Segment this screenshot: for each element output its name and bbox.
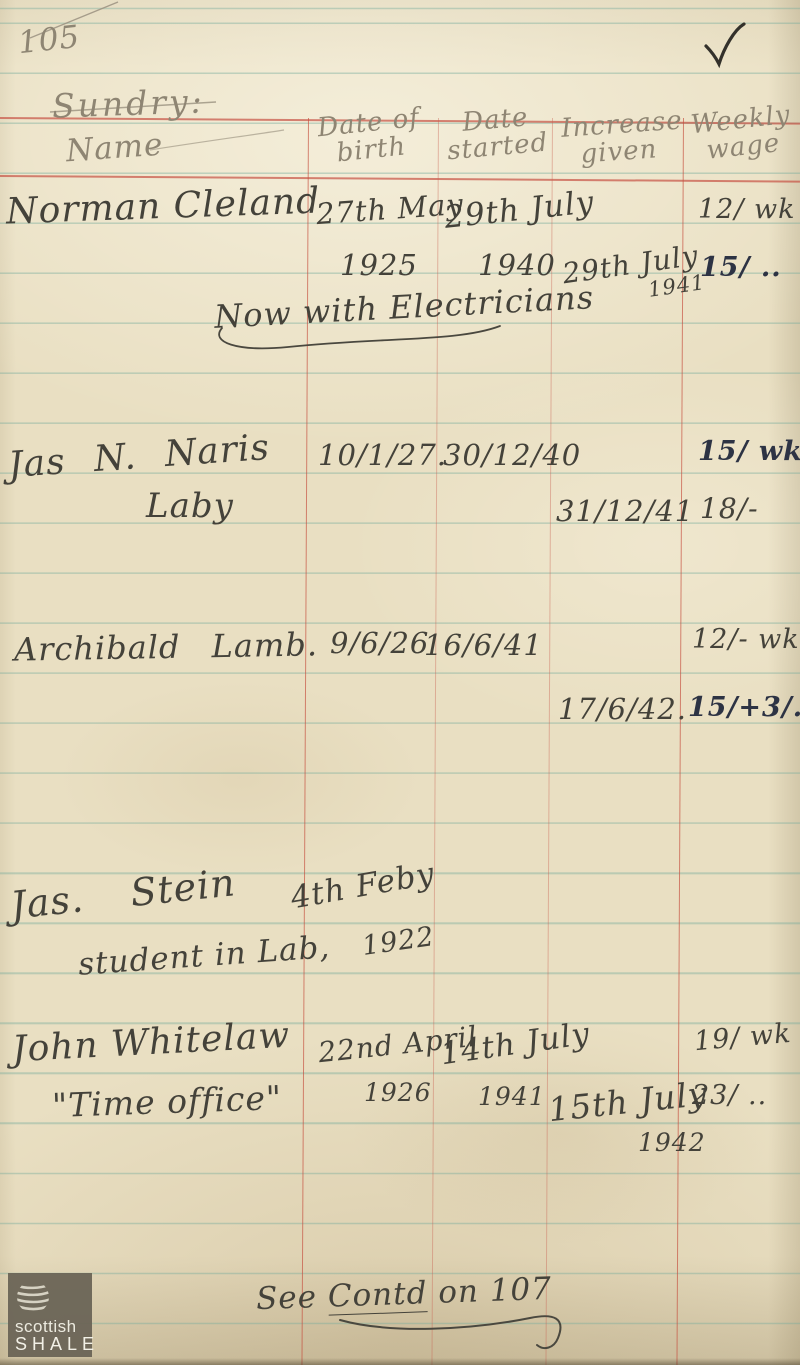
entry-dob-year: 1922 bbox=[360, 921, 436, 962]
entry-wage: 15/ wk bbox=[698, 436, 800, 467]
column-header-increase: Increase given bbox=[560, 108, 675, 169]
entry-started-year: 1941 bbox=[478, 1082, 546, 1111]
entry-dob: 10/1/27. bbox=[318, 438, 447, 472]
entry-increase-year: 1942 bbox=[638, 1128, 706, 1157]
scottish-shale-watermark: scottish SHALE bbox=[8, 1273, 92, 1357]
column-header-started: Date started bbox=[442, 103, 551, 165]
note-underline-flourish bbox=[208, 320, 508, 366]
entry-name: John Whitelaw bbox=[11, 1015, 291, 1071]
entry-wage-increased: 15/+3/. bbox=[688, 692, 800, 723]
entry-increase: 31/12/41 bbox=[556, 494, 694, 528]
entry-wage-increased: 23/ .. bbox=[692, 1080, 767, 1111]
entry-name: Jas N. Naris bbox=[7, 427, 271, 486]
entry-role: Laby bbox=[146, 486, 234, 526]
entry-started: 16/6/41 bbox=[424, 628, 543, 662]
entry-dob-year: 1926 bbox=[364, 1078, 432, 1107]
entry-wage-increased: 15/ .. bbox=[700, 252, 782, 283]
ledger-page: 105 Sundry: Name Date of birth Date star… bbox=[0, 0, 800, 1365]
watermark-line2: SHALE bbox=[15, 1334, 99, 1355]
entry-wage-increased: 18/- bbox=[700, 492, 759, 525]
column-rule-4 bbox=[676, 118, 684, 1365]
entry-increase: 15th July bbox=[546, 1074, 709, 1129]
entry-increase: 17/6/42. bbox=[558, 692, 687, 726]
check-mark-icon bbox=[702, 22, 748, 70]
section-title: Sundry: bbox=[51, 81, 205, 125]
entry-name: Archibald Lamb. bbox=[14, 625, 319, 668]
entry-started: 30/12/40 bbox=[443, 438, 581, 472]
globe-icon bbox=[13, 1277, 53, 1317]
page-bottom-edge bbox=[0, 1358, 800, 1365]
entry-started-year: 1940 bbox=[478, 248, 556, 282]
footer-underline-flourish bbox=[330, 1308, 590, 1356]
entry-name: Jas. Stein bbox=[8, 860, 237, 927]
column-header-wage: Weekly wage bbox=[690, 102, 795, 165]
entry-role: "Time office" bbox=[51, 1078, 282, 1125]
entry-wage: 12/- wk bbox=[692, 624, 800, 655]
entry-wage: 19/ wk bbox=[693, 1018, 793, 1057]
column-header-name: Name bbox=[65, 130, 164, 168]
entry-dob: 4th Feby bbox=[288, 856, 438, 917]
page-number: 105 bbox=[16, 19, 82, 61]
entry-dob-year: 1925 bbox=[340, 248, 418, 282]
entry-dob: 9/6/26 bbox=[330, 626, 429, 660]
entry-role: student in Lab, bbox=[77, 929, 331, 983]
entry-wage: 12/ wk bbox=[698, 194, 796, 225]
